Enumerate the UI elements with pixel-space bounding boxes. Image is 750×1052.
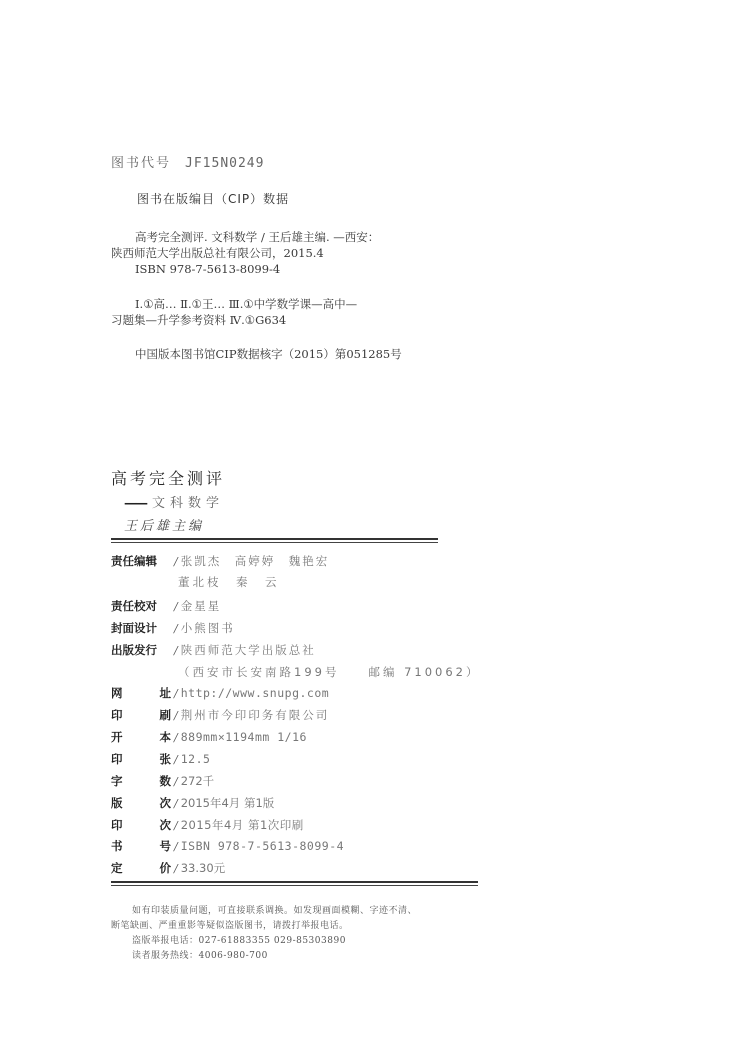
credit-label: 定价 (111, 860, 171, 876)
credit-row-word-count: 字数 / 272千 (111, 773, 214, 790)
slash-divider: / (174, 621, 178, 637)
credit-row-isbn: 书号 / ISBN 978-7-5613-8099-4 (111, 838, 344, 855)
reader-service-hotline: 读者服务热线：4006-980-700 (132, 950, 268, 963)
website-link[interactable]: http://www.snupg.com (181, 685, 329, 701)
slash-divider: / (174, 686, 178, 702)
cip-line-2: 陕西师范大学出版总社有限公司，2015.4 (111, 245, 324, 261)
notice-line-1: 如有印装质量问题，可直接联系调换。如发现画面模糊、字迹不清、 (132, 905, 417, 918)
slash-divider: / (174, 861, 178, 877)
cip-heading: 图书在版编目（CIP）数据 (137, 190, 289, 207)
credit-row-cover-design: 封面设计 / 小熊图书 (111, 620, 235, 637)
slash-divider: / (174, 730, 178, 746)
credit-row-printer: 印刷 / 荆州市今印印务有限公司 (111, 707, 329, 724)
credit-label: 版次 (111, 795, 171, 811)
credit-value: 2015年4月 第1版 (181, 795, 275, 811)
credit-value: 272千 (181, 773, 214, 789)
book-editor: 王后雄主编 (124, 515, 204, 534)
credit-value: 12.5 (181, 751, 211, 767)
credit-row-website: 网址 / http://www.snupg.com (111, 685, 329, 702)
slash-divider: / (174, 643, 178, 659)
credit-row-printing: 印次 / 2015年4月 第1次印刷 (111, 817, 304, 834)
slash-divider: / (174, 818, 178, 834)
credit-value: 张凯杰 高婷婷 魏艳宏 (181, 553, 330, 569)
credit-row-edition: 版次 / 2015年4月 第1版 (111, 795, 274, 812)
credit-address-continuation: （西安市长安南路199号 邮编 710062） (178, 664, 481, 680)
credit-row-proofreader: 责任校对 / 金星星 (111, 598, 221, 615)
credit-value: 33.30元 (181, 860, 225, 876)
credit-value: 金星星 (181, 598, 222, 614)
credit-value: 陕西师范大学出版总社 (181, 642, 316, 658)
credit-value: 2015年4月 第1次印刷 (181, 817, 304, 833)
credit-label: 责任编辑 (111, 553, 171, 569)
slash-divider: / (174, 554, 178, 570)
credit-row-chief-editor: 责任编辑 / 张凯杰 高婷婷 魏艳宏 (111, 553, 329, 570)
piracy-hotline: 盗版举报电话：027-61883355 029-85303890 (132, 935, 346, 948)
slash-divider: / (174, 796, 178, 812)
book-title: 高考完全测评 (111, 466, 225, 489)
credit-label: 书号 (111, 838, 171, 854)
subtitle-text: 文科数学 (152, 496, 224, 511)
subtitle-dash: —— (124, 496, 146, 511)
credit-value: 889mm×1194mm 1/16 (181, 729, 307, 745)
double-rule-bottom (111, 881, 478, 886)
cip-record-number: 中国版本图书馆CIP数据核字（2015）第051285号 (135, 346, 402, 362)
book-code-label: 图书代号 (111, 156, 171, 171)
credit-value: 小熊图书 (181, 620, 235, 636)
credit-label: 字数 (111, 773, 171, 789)
book-code-value: JF15N0249 (185, 156, 264, 171)
credit-label: 印次 (111, 817, 171, 833)
slash-divider: / (174, 708, 178, 724)
slash-divider: / (174, 774, 178, 790)
book-code: 图书代号JF15N0249 (111, 152, 264, 171)
cip-classification-1: Ⅰ.①高… Ⅱ.①王… Ⅲ.①中学数学课—高中— (135, 296, 357, 312)
cip-classification-2: 习题集—升学参考资料 Ⅳ.①G634 (111, 312, 286, 328)
slash-divider: / (174, 599, 178, 615)
credit-row-publisher: 出版发行 / 陕西师范大学出版总社 (111, 642, 316, 659)
credit-row-format: 开本 / 889mm×1194mm 1/16 (111, 729, 307, 746)
book-subtitle: ——文科数学 (124, 492, 224, 511)
credit-label: 网址 (111, 685, 171, 701)
credit-editors-continuation: 董北枝 秦 云 (178, 574, 280, 590)
notice-line-2: 断笔缺画、严重重影等疑似盗版图书，请拨打举报电话。 (111, 920, 349, 933)
credit-label: 印张 (111, 751, 171, 767)
credit-row-sheets: 印张 / 12.5 (111, 751, 210, 768)
credit-label: 责任校对 (111, 598, 171, 614)
slash-divider: / (174, 752, 178, 768)
slash-divider: / (174, 839, 178, 855)
cip-isbn: ISBN 978-7-5613-8099-4 (135, 261, 280, 277)
credit-label: 开本 (111, 729, 171, 745)
credit-label: 封面设计 (111, 620, 171, 636)
credit-label: 出版发行 (111, 642, 171, 658)
cip-line-1: 高考完全测评. 文科数学 / 王后雄主编. —西安： (135, 229, 379, 245)
credit-label: 印刷 (111, 707, 171, 723)
double-rule-top (111, 538, 438, 543)
credit-row-price: 定价 / 33.30元 (111, 860, 225, 877)
credit-value: ISBN 978-7-5613-8099-4 (181, 838, 344, 854)
credit-value: 荆州市今印印务有限公司 (181, 707, 330, 723)
